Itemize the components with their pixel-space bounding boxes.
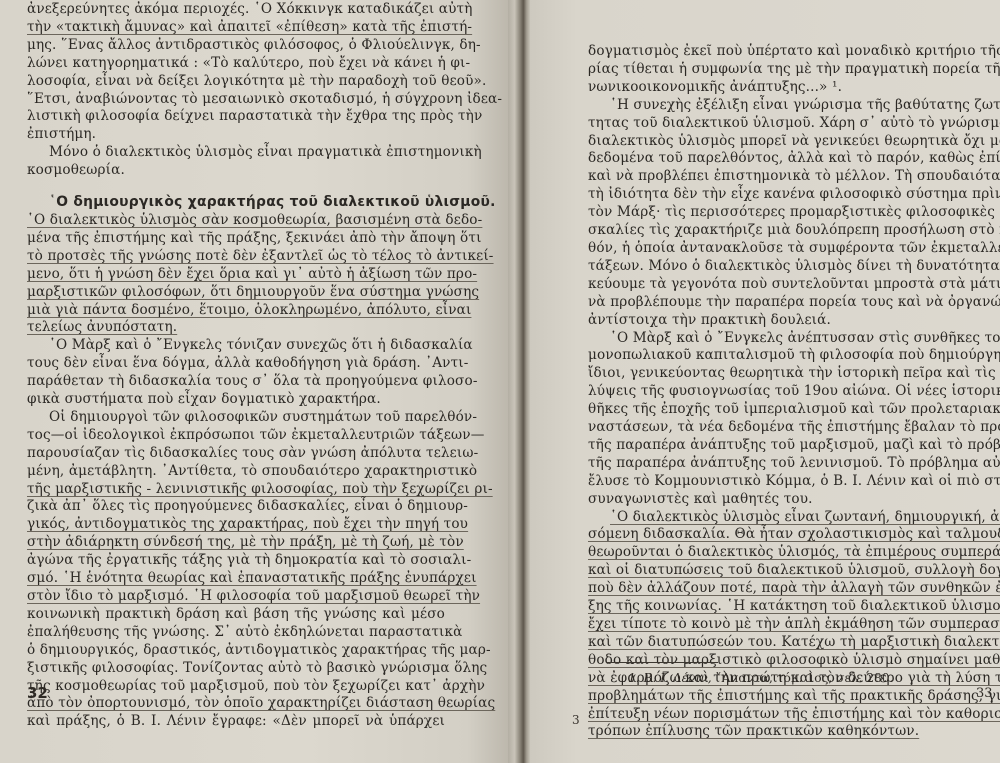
text-line: τὸ προτσὲς τῆς γνώσης ποτὲ δὲν ἐξαντλεῖ … (27, 248, 445, 266)
left-page-text: ἀνεξερεύνητες ἀκόμα περιοχές. ῾Ο Χόκκινγ… (27, 1, 445, 731)
text-line: καὶ οἱ διατυπώσεις τοῦ διαλεκτικοῦ ὑλισμ… (588, 562, 971, 580)
text-line: Οἱ δημιουργοὶ τῶν φιλοσοφικῶν συστημάτων… (27, 409, 445, 427)
text-line: σμό. ῾Η ἑνότητα θεωρίας καὶ ἐπαναστατικῆ… (27, 570, 445, 588)
text-line: στὴν ἀδιάρηκτη σύνδεσή της, μὲ τὴν πράξη… (27, 534, 445, 552)
text-line: ῾Ο Μὰρξ καὶ ὁ ῎Ενγκελς ἀνέπτυσσαν στὶς σ… (588, 330, 971, 348)
text-line: μένα τῆς ἐπιστήμης καὶ τῆς πράξης, ξεκιν… (27, 230, 445, 248)
text-line: γικός, ἀντιδογματικὸς της χαρακτήρας, πο… (27, 516, 445, 534)
text-line: θεωροῦνται ὁ διαλεκτικὸς ὑλισμός, τὰ ἐπι… (588, 544, 971, 562)
text-line: τελείως ἀνυπόστατη. (27, 319, 445, 337)
text-line: τὴν «τακτικὴ ἄμυνας» καὶ ἀπαιτεῖ «ἐπίθεσ… (27, 19, 445, 37)
text-line: τῆς κοσμοθεωρίας τοῦ μαρξισμοῦ, ποὺ τὸν … (27, 678, 445, 696)
text-line: φικὰ συστήματα ποὺ εἶχαν δογματικὸ χαρακ… (27, 391, 445, 409)
left-page: ἀνεξερεύνητες ἀκόμα περιοχές. ῾Ο Χόκκινγ… (0, 0, 508, 763)
text-line: ρίας τίθεται ἡ συμφωνία της μὲ τὴν πραγμ… (588, 61, 971, 79)
text-line: θοδο καὶ τὸν μαρξιστικὸ φιλοσοφικὸ ὑλισμ… (588, 652, 971, 670)
text-line: ξιστικῆς φιλοσοφίας. Τονίζοντας αὐτὸ τὸ … (27, 660, 445, 678)
text-line: μενο, ὅτι ἡ γνώση δὲν ἔχει ὅρια καὶ γι᾿ … (27, 266, 445, 284)
text-line: ὁ δημιουργικός, δραστικός, ἀντιδογματικὸ… (27, 642, 445, 660)
text-line: τὸν Μάρξ· τὶς περισσότερες προμαρξιστικὲ… (588, 204, 971, 222)
text-line: τητας τοῦ διαλεκτικοῦ ὑλισμοῦ. Χάρη σ᾿ α… (588, 115, 971, 133)
text-line: νωνικοοικονομικῆς ἀνάπτυξης...» ¹. (588, 79, 971, 97)
text-line: ἔχει τίποτε τὸ κοινὸ μὲ τὴν ἁπλὴ ἐκμάθησ… (588, 616, 971, 634)
text-line: τῆς παραπέρα ἀνάπτυξης τοῦ μαρξισμοῦ, μα… (588, 437, 971, 455)
text-line: ποὺ δὲν ἀλλάζουν ποτέ, παρὰ τὴν ἀλλαγὴ τ… (588, 580, 971, 598)
text-line: ῾Η συνεχὴς ἐξέλιξη εἶναι γνώρισμα τῆς βα… (588, 97, 971, 115)
text-line: ῾Ο διαλεκτικὸς ὑλισμὸς σὰν κοσμοθεωρία, … (27, 212, 445, 230)
text-line: λοσοφία, εἶναι νὰ δείξει λογικότητα μὲ τ… (27, 73, 445, 91)
text-line: δεδομένα τοῦ παρελθόντος, ἀλλὰ καὶ τὸ πα… (588, 150, 971, 168)
text-line: προβλημάτων τῆς ἐπιστήμης καὶ τῆς πρακτι… (588, 688, 971, 706)
section-spacer (27, 180, 445, 194)
text-line: μιὰ γιὰ πάντα δοσμένο, ἕτοιμο, ὁλοκληρωμ… (27, 302, 445, 320)
footnote-text: ῎Απαντα, τόμ. 1ος, σελ. 280. (715, 671, 893, 685)
text-line: ἐπίτευξη νέων πορισμάτων τῆς ἐπιστήμης κ… (588, 706, 971, 724)
text-line: ῾Ο διαλεκτικὸς ὑλισμὸς εἶναι ζωντανή, δη… (588, 509, 971, 527)
text-line: μονοπωλιακοῦ καπιταλισμοῦ τὴ φιλοσοφία π… (588, 347, 971, 365)
text-line: ναστάσεων, τὰ νέα δεδομένα τῆς ἐπιστήμης… (588, 419, 971, 437)
text-line: παράθεταν τὴ διδασκαλία τους σ᾿ ὅλα τὰ π… (27, 373, 445, 391)
text-line: ἔλυσε τὸ Κομμουνιστικὸ Κόμμα, ὁ Β. Ι. Λέ… (588, 473, 971, 491)
text-line: ῞Ετσι, ἀναβιώνοντας τὸ μεσαιωνικὸ σκοταδ… (27, 91, 445, 109)
text-line: θῆκες τῆς ἐποχῆς τοῦ ἰμπεριαλισμοῦ καὶ τ… (588, 401, 971, 419)
book-gutter (508, 0, 530, 763)
text-line: ἀπὸ τὸν ὀπορτουνισμό, τὸν ὁποῖο χαρακτηρ… (27, 695, 445, 713)
text-line: λύψεις τῆς φυσιογνωσίας τοῦ 19ου αἰώνα. … (588, 383, 971, 401)
text-line: συναγωνιστὲς καὶ μαθητές του. (588, 491, 971, 509)
text-line: τῆς μαρξιστικῆς - λενινιστικῆς φιλοσοφία… (27, 481, 445, 499)
signature-mark: 3 (572, 713, 580, 727)
section-heading: ῾Ο δημιουργικὸς χαρακτήρας τοῦ διαλεκτικ… (27, 194, 445, 212)
text-line: νὰ προβλέπουμε τὴν παραπέρα πορεία τους … (588, 294, 971, 312)
text-line: ἀνεξερεύνητες ἀκόμα περιοχές. ῾Ο Χόκκινγ… (27, 1, 445, 19)
text-line: ῾Ο Μὰρξ καὶ ὁ ῎Ενγκελς τόνιζαν συνεχῶς ὅ… (27, 337, 445, 355)
text-line: τάξεων. Μόνο ὁ διαλεκτικὸς ὑλισμὸς δίνει… (588, 258, 971, 276)
footnote-divider (606, 662, 718, 663)
text-line: λώνει κατηγορηματικά : «Τὸ καλύτερο, ποὺ… (27, 55, 445, 73)
text-line: τῆς παραπέρα ἀνάπτυξης τοῦ λενινισμοῦ. Τ… (588, 455, 971, 473)
text-line: θόν, ἡ ὁποία ἀντανακλοῦσε τὰ συμφέροντα … (588, 240, 971, 258)
text-line: ἐπαλήθευσης τῆς γνώσης. Σ᾿ αὐτὸ ἐκδηλώνε… (27, 624, 445, 642)
text-line: διαλεκτικὸς ὑλισμὸς μπορεῖ νὰ γενικεύει … (588, 133, 971, 151)
right-page: δογματισμὸς ἐκεῖ ποὺ ὑπέρτατο καὶ μοναδι… (530, 0, 1000, 763)
text-line: καὶ πράξης, ὁ Β. Ι. Λένιν ἔγραφε: «Δὲν μ… (27, 713, 445, 731)
text-line: καὶ τῶν διατυπώσεών του. Κατέχω τὴ μαρξι… (588, 634, 971, 652)
text-line: τρόπων ἐπίλυσης τῶν πρακτικῶν καθηκόντων… (588, 723, 971, 741)
text-line: τος—οἱ ἰδεολογικοὶ ἐκπρόσωποι τῶν ἐκμετα… (27, 427, 445, 445)
text-line: ζικὰ ἀπ᾿ ὅλες τὶς προηγούμενες διδασκαλί… (27, 498, 445, 516)
text-line: μης. ῞Ενας ἄλλος ἀντιδραστικὸς φιλόσοφος… (27, 37, 445, 55)
text-line: κεύουμε τὰ γεγονότα ποὺ συντελοῦνται μπρ… (588, 276, 971, 294)
text-line: στὸν ἴδιο τὸ μαρξισμό. ῾Η φιλοσοφία τοῦ … (27, 588, 445, 606)
text-line: τους δὲν εἶναι ἕνα δόγμα, ἀλλὰ καθοδήγησ… (27, 355, 445, 373)
text-line: λιστικὴ φιλοσοφία δείχνει παραστατικὰ τὴ… (27, 108, 445, 126)
text-line: μαρξιστικῶν φιλοσόφων, ὅτι δημιουργοῦν ἕ… (27, 284, 445, 302)
text-line: σκαλίες τὶς χαρακτήριζε μιὰ δουλόπρεπη π… (588, 222, 971, 240)
text-line: κοινωνικὴ πρακτικὴ δράση καὶ βάση τῆς γν… (27, 606, 445, 624)
text-line: Μόνο ὁ διαλεκτικὸς ὑλισμὸς εἶναι πραγματ… (27, 144, 445, 162)
text-line: ἀγώνα τῆς ἐργατικῆς τάξης γιὰ τὴ δημοκρα… (27, 552, 445, 570)
page-number-left: 32 (27, 684, 48, 702)
page-number-right: 33 (976, 686, 993, 701)
text-line: ἀντίστοιχα τὴν πρακτικὴ δουλειά. (588, 312, 971, 330)
text-line: δογματισμὸς ἐκεῖ ποὺ ὑπέρτατο καὶ μοναδι… (588, 43, 971, 61)
book-spread: ἀνεξερεύνητες ἀκόμα περιοχές. ῾Ο Χόκκινγ… (0, 0, 1000, 763)
right-page-text: δογματισμὸς ἐκεῖ ποὺ ὑπέρτατο καὶ μοναδι… (588, 43, 971, 741)
text-line: ξης τῆς κοινωνίας. ῾Η κατάκτηση τοῦ διαλ… (588, 598, 971, 616)
footnote: 1. Β. Ι. Λένιν, ῎Απαντα, τόμ. 1ος, σελ. … (628, 671, 893, 685)
text-line: κοσμοθεωρία. (27, 162, 445, 180)
text-line: παρουσίαζαν τὶς διδασκαλίες τους σὰν γνώ… (27, 445, 445, 463)
text-line: ἐπιστήμη. (27, 126, 445, 144)
text-line: καὶ νὰ προβλέπει ἐπιστημονικὰ τὸ μέλλον.… (588, 168, 971, 186)
text-line: ἴδιοι, γενικεύοντας θεωρητικὰ τὴν ἱστορι… (588, 365, 971, 383)
text-line: σόμενη διδασκαλία. Θὰ ἦταν σχολαστικισμὸ… (588, 526, 971, 544)
text-line: μένη, ἀμετάβλητη. ᾿Αντίθετα, τὸ σπουδαιό… (27, 463, 445, 481)
text-line: τὴ ἰδιότητα δὲν τὴν εἶχε κανένα φιλοσοφι… (588, 186, 971, 204)
footnote-marker: 1. Β. Ι. Λένιν, (628, 671, 712, 685)
